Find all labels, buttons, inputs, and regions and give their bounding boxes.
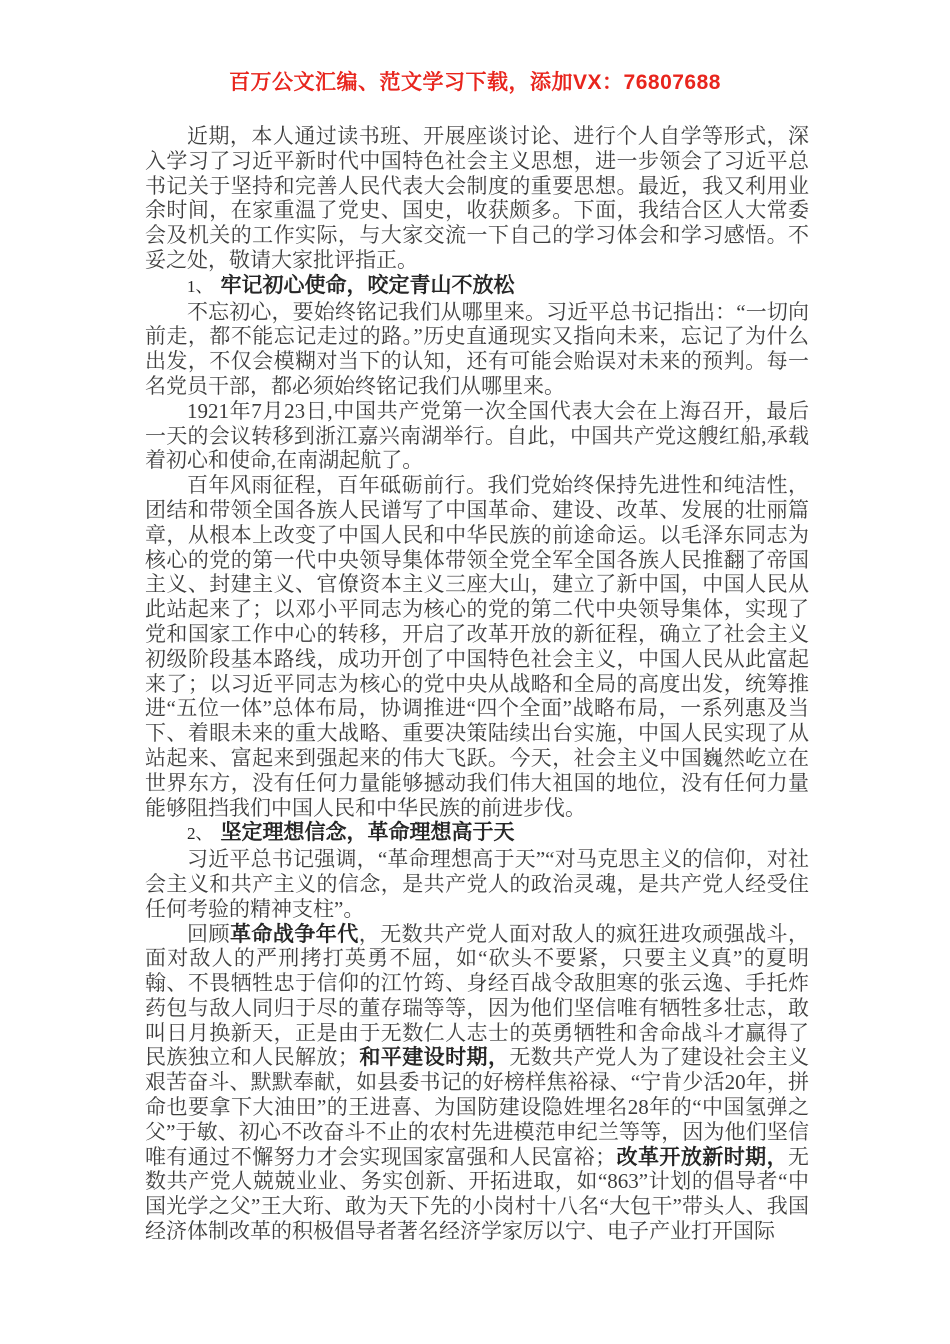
text-run: 回顾: [187, 922, 230, 946]
text-run: 1921年7月23日,中国共产党第一次全国代表大会在上海召开，最后一天的会议转移…: [145, 399, 809, 473]
text-run: 不忘初心，要始终铭记我们从哪里来。习近平总书记指出：“一切向前走，都不能忘记走过…: [145, 300, 809, 398]
heading-number: 2、: [187, 824, 221, 843]
heading-number: 1、: [187, 277, 221, 296]
bold-text-run: 改革开放新时期，: [616, 1145, 788, 1169]
promo-header-text: 百万公文汇编、范文学习下载，添加VX：76807688: [0, 66, 950, 96]
section-heading: 1、牢记初心使命，咬定青山不放松: [145, 273, 809, 300]
body-paragraph: 百年风雨征程，百年砥砺前行。我们党始终保持先进性和纯洁性，团结和带领全国各族人民…: [145, 473, 809, 820]
bold-text-run: 坚定理想信念，革命理想高于天: [221, 820, 515, 844]
text-run: 习近平总书记强调，“革命理想高于天”“对马克思主义的信仰，对社会主义和共产主义的…: [145, 847, 809, 921]
bold-text-run: 和平建设时期，: [359, 1045, 509, 1069]
text-run: 百年风雨征程，百年砥砺前行。我们党始终保持先进性和纯洁性，团结和带领全国各族人民…: [145, 473, 809, 819]
body-paragraph: 1921年7月23日,中国共产党第一次全国代表大会在上海召开，最后一天的会议转移…: [145, 399, 809, 473]
body-paragraph: 回顾革命战争年代，无数共产党人面对敌人的疯狂进攻顽强战斗，面对敌人的严刑拷打英勇…: [145, 922, 809, 1244]
bold-text-run: 牢记初心使命，咬定青山不放松: [221, 273, 515, 297]
document-body: 近期，本人通过读书班、开展座谈讨论、进行个人自学等形式，深入学习了习近平新时代中…: [145, 124, 809, 1244]
body-paragraph: 习近平总书记强调，“革命理想高于天”“对马克思主义的信仰，对社会主义和共产主义的…: [145, 847, 809, 921]
body-paragraph: 近期，本人通过读书班、开展座谈讨论、进行个人自学等形式，深入学习了习近平新时代中…: [145, 124, 809, 273]
document-page: 百万公文汇编、范文学习下载，添加VX：76807688 近期，本人通过读书班、开…: [0, 0, 950, 1344]
body-paragraph: 不忘初心，要始终铭记我们从哪里来。习近平总书记指出：“一切向前走，都不能忘记走过…: [145, 300, 809, 399]
bold-text-run: 革命战争年代: [230, 922, 359, 946]
section-heading: 2、坚定理想信念，革命理想高于天: [145, 820, 809, 847]
text-run: 近期，本人通过读书班、开展座谈讨论、进行个人自学等形式，深入学习了习近平新时代中…: [145, 124, 809, 272]
